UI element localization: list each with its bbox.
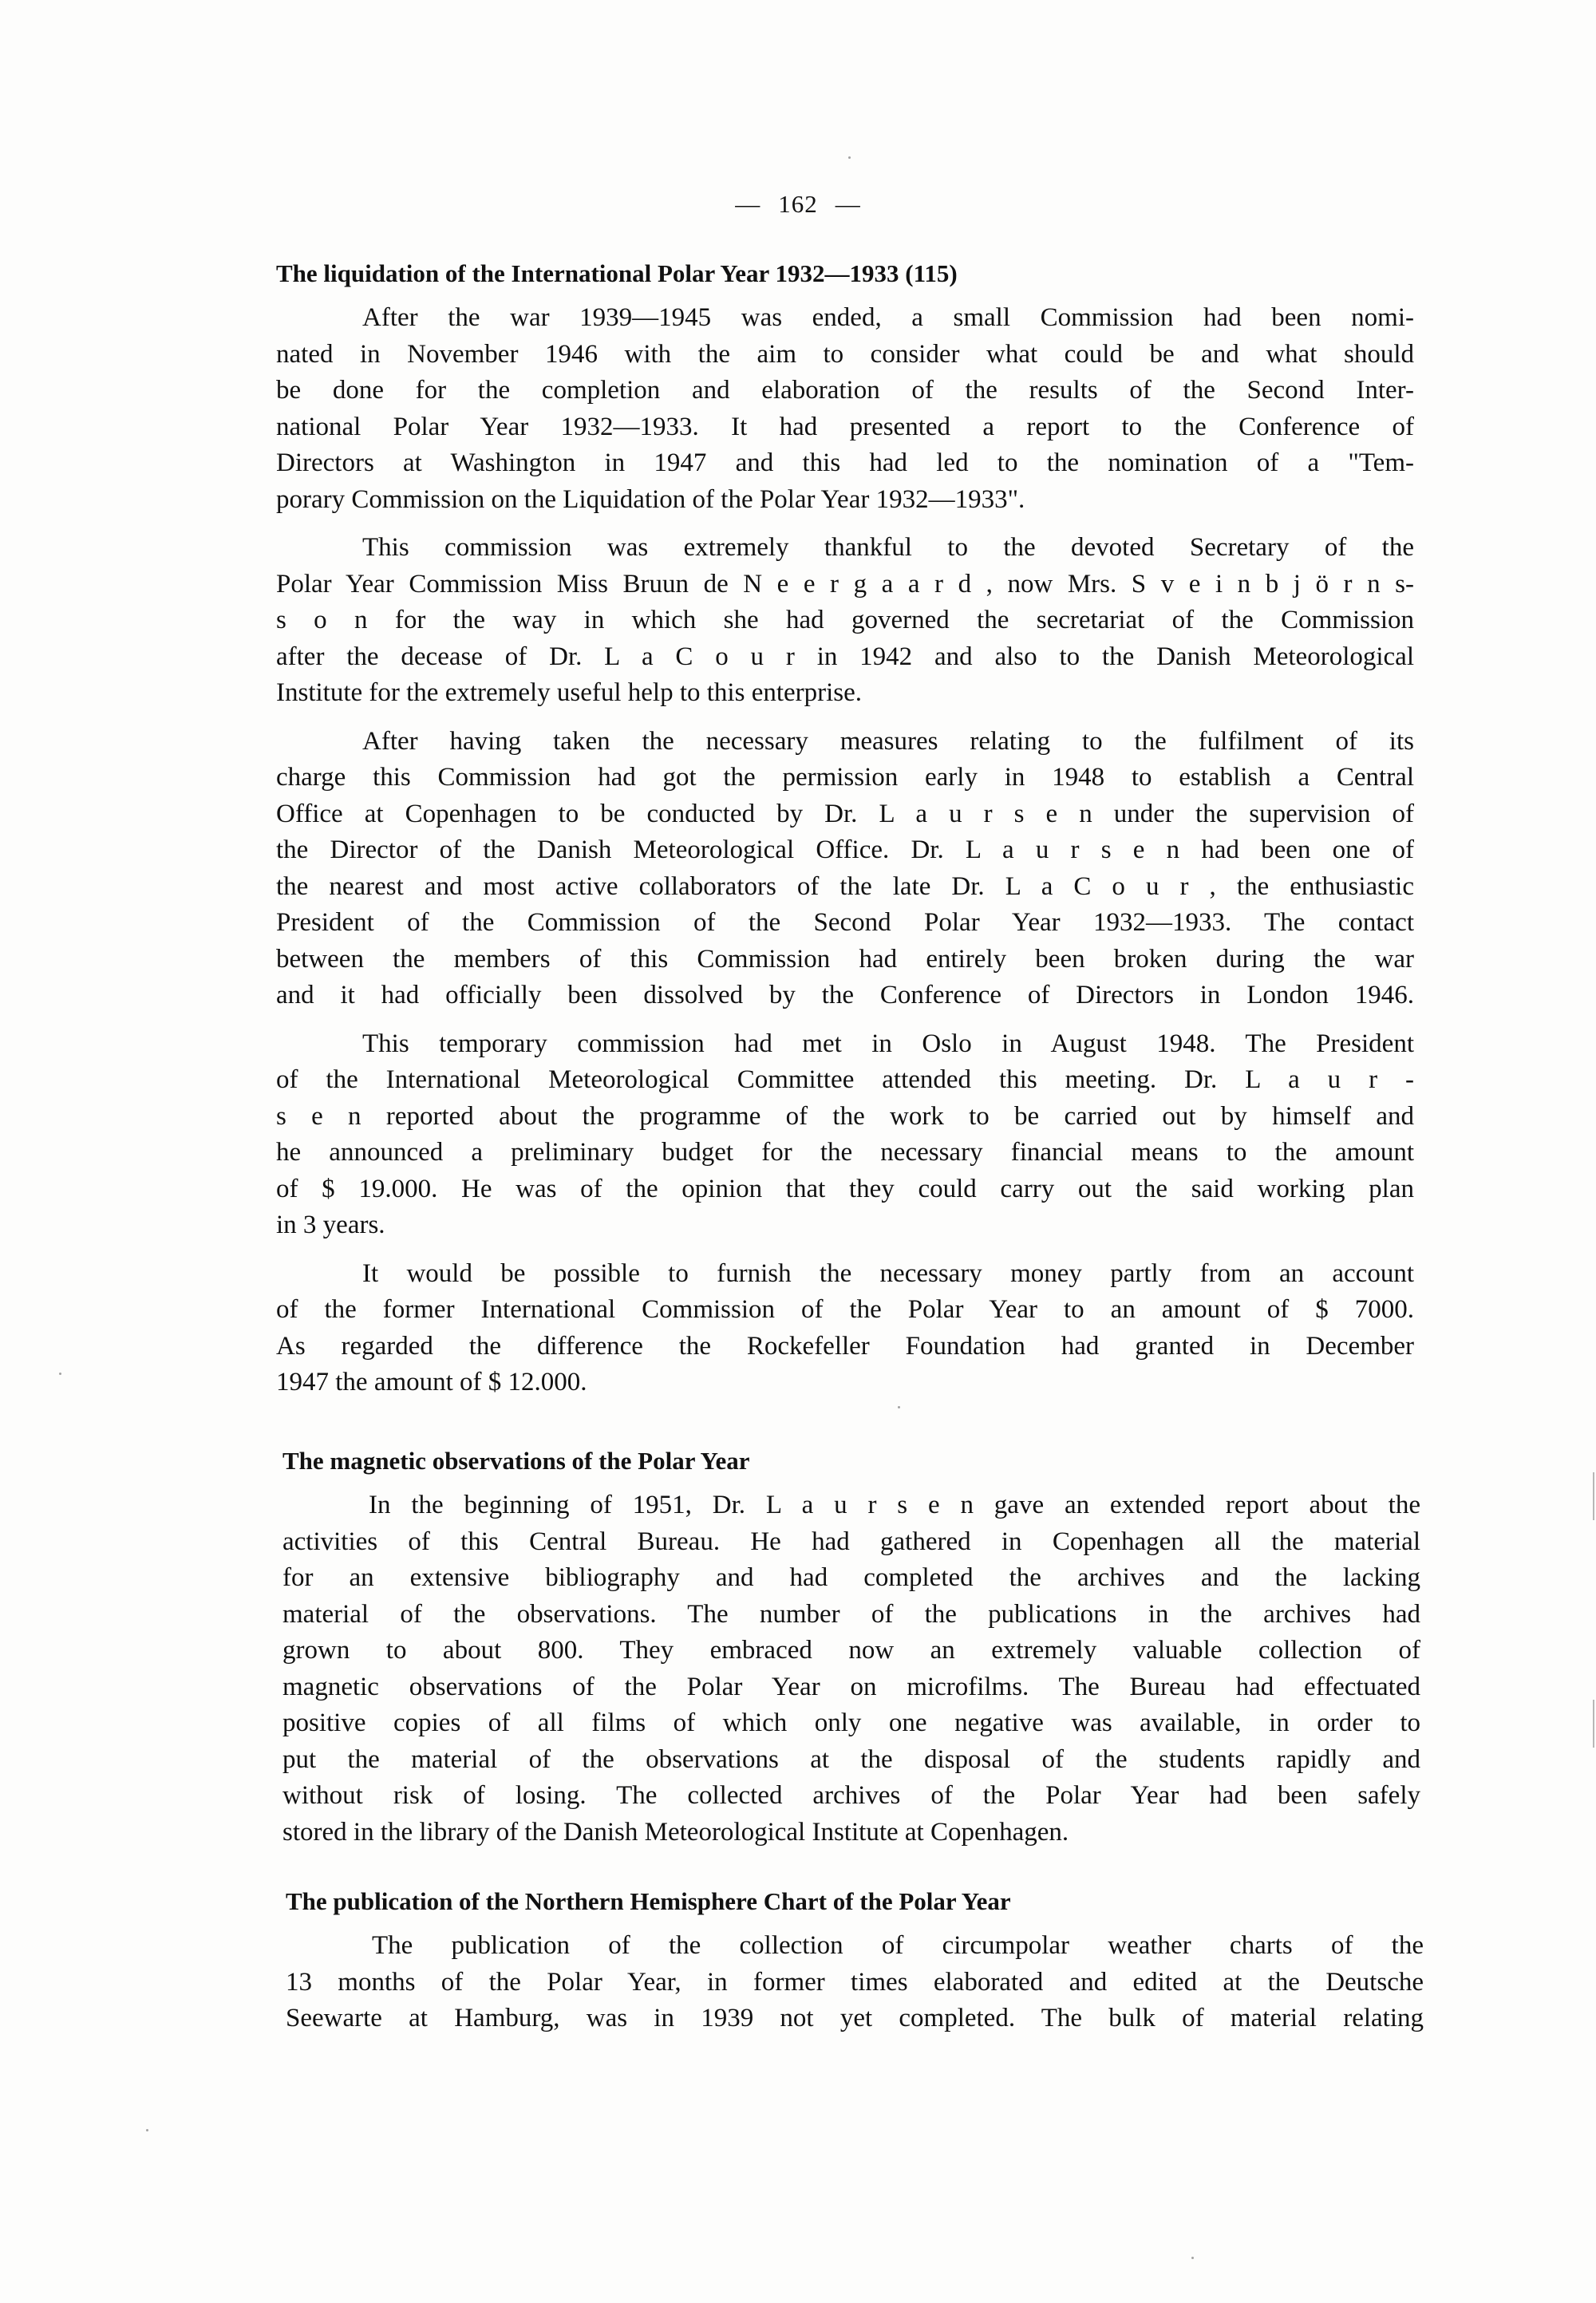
page-number-value: 162: [778, 190, 818, 218]
scan-speck: [898, 1406, 900, 1408]
text-line: magnetic observations of the Polar Year …: [282, 1669, 1420, 1706]
text-line: national Polar Year 1932—1933. It had pr…: [276, 409, 1414, 446]
text-line: of $ 19.000. He was of the opinion that …: [276, 1171, 1414, 1208]
scan-edge-mark: [1593, 1472, 1594, 1520]
section-heading: The liquidation of the International Pol…: [276, 255, 1414, 292]
section-heading: The magnetic observations of the Polar Y…: [282, 1443, 1420, 1479]
text-line: It would be possible to furnish the nece…: [276, 1256, 1414, 1293]
text-line: President of the Commission of the Secon…: [276, 905, 1414, 942]
text-line: Office at Copenhagen to be conducted by …: [276, 796, 1414, 833]
paragraph: After having taken the necessary measure…: [276, 724, 1414, 1014]
text-line: grown to about 800. They embraced now an…: [282, 1633, 1420, 1669]
text-line: of the former International Commission o…: [276, 1292, 1414, 1329]
paragraph: This temporary commission had met in Osl…: [276, 1026, 1414, 1244]
text-line: put the material of the observations at …: [282, 1742, 1420, 1779]
scan-speck: [146, 2129, 148, 2131]
page-number-dash: —: [735, 190, 760, 219]
text-line: Institute for the extremely useful help …: [276, 675, 1414, 712]
text-line: porary Commission on the Liquidation of …: [276, 482, 1414, 519]
paragraph: This commission was extremely thankful t…: [276, 530, 1414, 712]
section-liquidation: The liquidation of the International Pol…: [276, 255, 1414, 1401]
text-line: for an extensive bibliography and had co…: [282, 1560, 1420, 1597]
text-line: nated in November 1946 with the aim to c…: [276, 337, 1414, 373]
section-magnetic-observations: The magnetic observations of the Polar Y…: [282, 1443, 1420, 1851]
text-line: s e n reported about the programme of th…: [276, 1099, 1414, 1136]
scan-speck: [1191, 2257, 1194, 2259]
paragraph: It would be possible to furnish the nece…: [276, 1256, 1414, 1401]
section-northern-hemisphere-chart: The publication of the Northern Hemisphe…: [286, 1883, 1424, 2037]
text-line: Seewarte at Hamburg, was in 1939 not yet…: [286, 2001, 1424, 2037]
text-line: without risk of losing. The collected ar…: [282, 1778, 1420, 1815]
text-line: between the members of this Commission h…: [276, 942, 1414, 978]
text-line: and it had officially been dissolved by …: [276, 978, 1414, 1014]
text-line: 13 months of the Polar Year, in former t…: [286, 1965, 1424, 2001]
text-line: be done for the completion and elaborati…: [276, 373, 1414, 409]
text-line: 1947 the amount of $ 12.000.: [276, 1365, 1414, 1401]
paragraph: After the war 1939—1945 was ended, a sma…: [276, 300, 1414, 518]
text-line: the Director of the Danish Meteorologica…: [276, 832, 1414, 869]
text-line: After having taken the necessary measure…: [276, 724, 1414, 760]
document-page: —162— The liquidation of the Internation…: [0, 0, 1596, 2303]
text-line: material of the observations. The number…: [282, 1597, 1420, 1633]
text-line: In the beginning of 1951, Dr. L a u r s …: [282, 1487, 1420, 1524]
page-number-dash: —: [836, 190, 861, 219]
text-line: after the decease of Dr. L a C o u r in …: [276, 639, 1414, 676]
page-number: —162—: [0, 190, 1596, 219]
text-line: he announced a preliminary budget for th…: [276, 1135, 1414, 1171]
text-line: After the war 1939—1945 was ended, a sma…: [276, 300, 1414, 337]
text-line: stored in the library of the Danish Mete…: [282, 1815, 1420, 1851]
text-line: of the International Meteorological Comm…: [276, 1062, 1414, 1099]
text-line: positive copies of all films of which on…: [282, 1705, 1420, 1742]
text-line: in 3 years.: [276, 1207, 1414, 1244]
text-line: This commission was extremely thankful t…: [276, 530, 1414, 567]
text-line: Polar Year Commission Miss Bruun de N e …: [276, 567, 1414, 603]
text-line: The publication of the collection of cir…: [286, 1928, 1424, 1965]
scan-speck: [59, 1373, 61, 1375]
scan-speck: [848, 156, 851, 159]
paragraph: In the beginning of 1951, Dr. L a u r s …: [282, 1487, 1420, 1851]
paragraph: The publication of the collection of cir…: [286, 1928, 1424, 2037]
text-line: Directors at Washington in 1947 and this…: [276, 445, 1414, 482]
text-line: the nearest and most active collaborator…: [276, 869, 1414, 906]
text-line: s o n for the way in which she had gover…: [276, 602, 1414, 639]
section-heading: The publication of the Northern Hemisphe…: [286, 1883, 1424, 1920]
scan-edge-mark: [1593, 1700, 1594, 1748]
text-line: This temporary commission had met in Osl…: [276, 1026, 1414, 1063]
text-line: As regarded the difference the Rockefell…: [276, 1329, 1414, 1365]
text-line: activities of this Central Bureau. He ha…: [282, 1524, 1420, 1561]
text-line: charge this Commission had got the permi…: [276, 760, 1414, 796]
